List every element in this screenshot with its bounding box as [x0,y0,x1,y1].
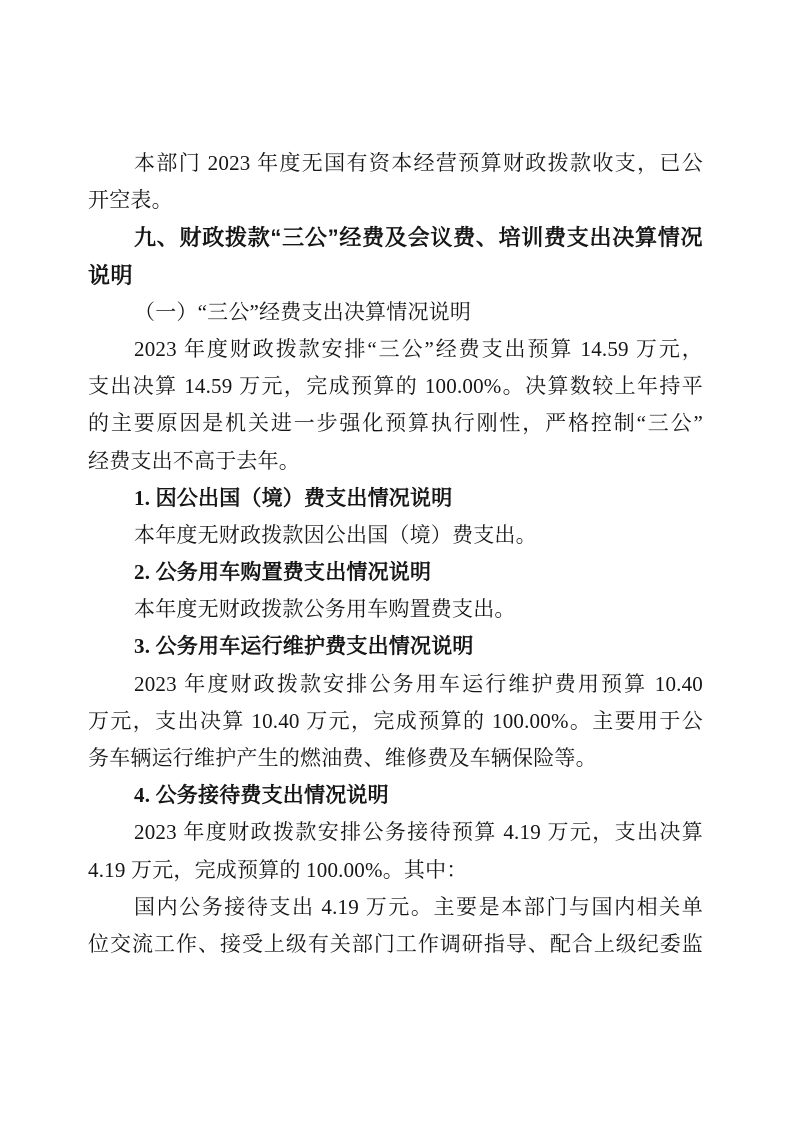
paragraph-line: 2023 年度财政拨款安排公务用车运行维护费用预算 10.40 [88,666,703,703]
paragraph-line: 万元，支出决算 10.40 万元，完成预算的 100.00%。主要用于公 [88,703,703,740]
paragraph-line: 支出决算 14.59 万元，完成预算的 100.00%。决算数较上年持平 [88,368,703,405]
paragraph-line: 的主要原因是机关进一步强化预算执行刚性，严格控制“三公” [88,405,703,442]
numbered-heading-line: 2. 公务用车购置费支出情况说明 [88,554,703,591]
paragraph-line: 4.19 万元，完成预算的 100.00%。其中： [88,852,703,889]
document-page: 本部门 2023 年度无国有资本经营预算财政拨款收支，已公开空表。九、财政拨款“… [0,0,792,1121]
paragraph-line: 开空表。 [88,182,703,219]
numbered-heading-line: 1. 因公出国（境）费支出情况说明 [88,480,703,517]
numbered-heading-line: 3. 公务用车运行维护费支出情况说明 [88,628,703,665]
paragraph-line: 2023 年度财政拨款安排“三公”经费支出预算 14.59 万元， [88,331,703,368]
section-heading-line: 说明 [88,257,703,294]
document-content: 本部门 2023 年度无国有资本经营预算财政拨款收支，已公开空表。九、财政拨款“… [88,145,703,963]
paragraph-line: 本年度无财政拨款因公出国（境）费支出。 [88,517,703,554]
paragraph-line: 本部门 2023 年度无国有资本经营预算财政拨款收支，已公 [88,145,703,182]
paragraph-line: 务车辆运行维护产生的燃油费、维修费及车辆保险等。 [88,740,703,777]
sub-section-heading-line: （一）“三公”经费支出决算情况说明 [88,294,703,331]
section-heading-line: 九、财政拨款“三公”经费及会议费、培训费支出决算情况 [88,219,703,256]
paragraph-line: 2023 年度财政拨款安排公务接待预算 4.19 万元，支出决算 [88,814,703,851]
paragraph-line: 经费支出不高于去年。 [88,443,703,480]
paragraph-line: 位交流工作、接受上级有关部门工作调研指导、配合上级纪委监 [88,926,703,963]
numbered-heading-line: 4. 公务接待费支出情况说明 [88,777,703,814]
paragraph-line: 本年度无财政拨款公务用车购置费支出。 [88,591,703,628]
paragraph-line: 国内公务接待支出 4.19 万元。主要是本部门与国内相关单 [88,889,703,926]
